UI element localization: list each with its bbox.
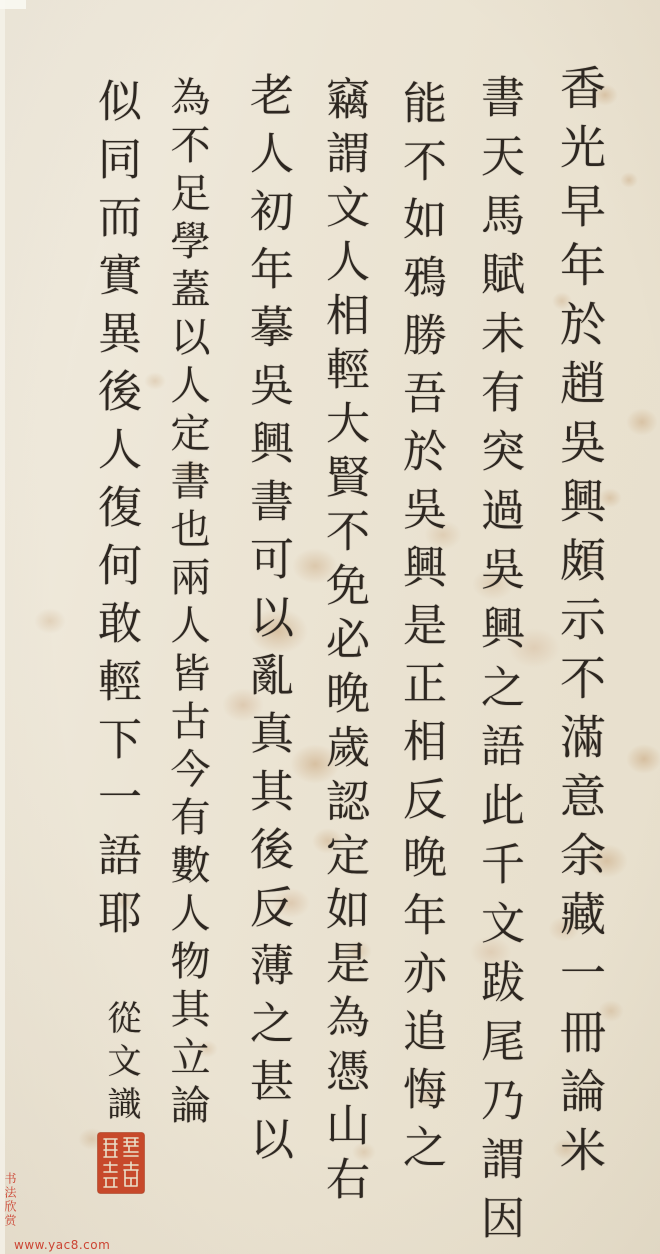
artist-signature: 從文識 (97, 1000, 146, 1129)
calligraphy-column-1: 香光早年於趙吳興頗示不滿意余藏一冊論米 (547, 64, 613, 1185)
calligraphy-column-3: 能不如鴉勝吾於吳興是正相反晚年亦追悔之 (388, 80, 452, 1182)
calligraphy-column-7: 似同而實異後人復何敢輕下一語耶 (83, 78, 147, 948)
artist-seal (97, 1132, 145, 1194)
calligraphy-column-4: 竊謂文人相輕大賢不免必晚歲認定如是為憑山右 (311, 76, 375, 1210)
calligraphy-column-2: 書天馬賦未有突過吳興之語此千文跋尾乃謂因 (466, 74, 530, 1254)
watermark-site-url: www.yac8.com (14, 1238, 110, 1252)
watermark-site-name: 书法欣赏 (2, 1172, 19, 1228)
seal-graphic (97, 1132, 145, 1194)
calligraphy-column-5: 老人初年摹吳興書可以亂真其後反薄之甚以 (235, 72, 299, 1174)
calligraphy-column-6: 為不足學蓋以人定書也兩人皆古今有數人物其立論 (159, 76, 216, 1132)
paper-corner-highlight (0, 0, 26, 9)
paper-left-edge (0, 0, 5, 1254)
